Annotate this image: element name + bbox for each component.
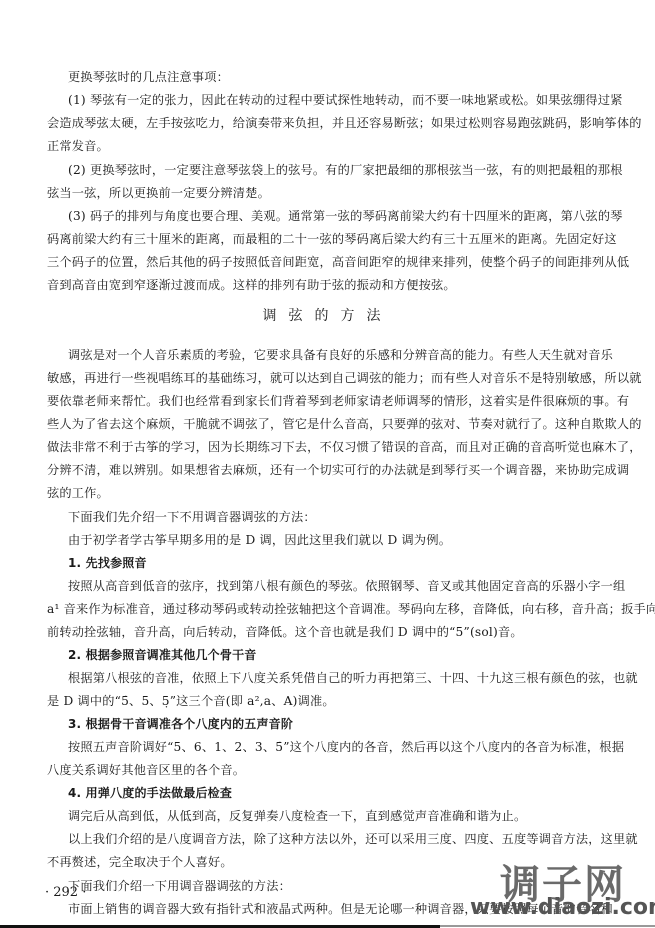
subheading: 2. 根据参照音调准其他几个骨干音 [68,647,612,663]
subheading: 1. 先找参照音 [68,555,612,571]
text-line: 分辨不清，难以辨别。如果想省去麻烦，还有一个切实可行的办法就是到琴行买一个调音器… [47,462,612,478]
text-line: 更换琴弦时的几点注意事项： [68,69,612,85]
text-line: 弦的工作。 [47,485,612,501]
text-line: 前转动拴弦轴，音升高，向后转动，音降低。这个音也就是我们 D 调中的“5”(so… [47,624,612,640]
text-line: 码离前梁大约有三十厘米的距离，而最粗的二十一弦的琴码离后梁大约有三十五厘米的距离… [47,231,612,247]
text-line: 调弦是对一个人音乐素质的考验，它要求具备有良好的乐感和分辨音高的能力。有些人天生… [68,347,612,363]
text-line: 调完后从高到低，从低到高，反复弹奏八度检查一下，直到感觉声音准确和谐为止。 [68,808,612,824]
text-line: 根据第八根弦的音准，依照上下八度关系凭借自己的听力再把第三、十四、十九这三根有颜… [68,670,612,686]
text-line: 敏感，再进行一些视唱练耳的基础练习，就可以达到自己调弦的能力；而有些人对音乐不是… [47,370,612,386]
text-line: 会造成琴弦太硬，左手按弦吃力，给演奏带来负担，并且还容易断弦；如果过松则容易跑弦… [47,115,612,131]
text-line: (2) 更换琴弦时，一定要注意琴弦袋上的弦号。有的厂家把最细的那根弦当一弦，有的… [68,162,612,178]
text-line: 三个码子的位置，然后其他的码子按照低音间距宽，高音间距窄的规律来排列，使整个码子… [47,254,612,270]
text-line: a¹ 音来作为标准音，通过移动琴码或转动拴弦轴把这个音调准。琴码向左移，音降低，… [47,601,612,617]
text-line: 是 D 调中的“5̇、5、5̣”这三个音(即 a²,a、A)调准。 [47,693,612,709]
text-line: 由于初学者学古筝早期多用的是 D 调，因此这里我们就以 D 调为例。 [68,532,612,548]
text-line: 正常发音。 [47,138,612,154]
text-line: 按照五声音阶调好“5、6、1、2、3、5̇”这个八度内的各音，然后再以这个八度内… [68,739,612,755]
text-line: (1) 琴弦有一定的张力，因此在转动的过程中要试探性地转动，而不要一味地紧或松。… [68,92,612,108]
bottom-rule-light [440,925,655,927]
book-page: 更换琴弦时的几点注意事项：(1) 琴弦有一定的张力，因此在转动的过程中要试探性地… [0,0,655,928]
text-line: 弦当一弦，所以更换前一定要分辨清楚。 [47,185,612,201]
section-title: 调弦的方法 [0,305,655,325]
text-line: 做法非常不利于古筝的学习，因为长期练习下去，不仅习惯了错误的音高，而且对正确的音… [47,439,612,455]
text-line: 要依靠老师来帮忙。我们也经常看到家长们背着琴到老师家请老师调琴的情形，这着实是件… [47,393,612,409]
text-line: 下面我们先介绍一下不用调音器调弦的方法： [68,509,612,525]
subheading: 4. 用弹八度的手法做最后检查 [68,785,612,801]
page-number: · 292 · [45,885,86,900]
watermark-url: www.diaozi.com [470,895,655,920]
text-line: (3) 码子的排列与角度也要合理、美观。通常第一弦的琴码离前梁大约有十四厘米的距… [68,208,612,224]
text-line: 按照从高音到低音的弦序，找到第八根有颜色的琴弦。依照钢琴、音叉或其他固定音高的乐… [68,578,612,594]
text-line: 音到高音由宽到窄逐渐过渡而成。这样的排列有助于弦的振动和方便按弦。 [47,277,612,293]
subheading: 3. 根据骨干音调准各个八度内的五声音阶 [68,716,612,732]
text-line: 些人为了省去这个麻烦，干脆就不调弦了，管它是什么音高，只要弹的弦对、节奏对就行了… [47,416,612,432]
text-line: 八度关系调好其他音区里的各个音。 [47,762,612,778]
text-line: 以上我们介绍的是八度调音方法，除了这种方法以外，还可以采用三度、四度、五度等调音… [68,831,612,847]
